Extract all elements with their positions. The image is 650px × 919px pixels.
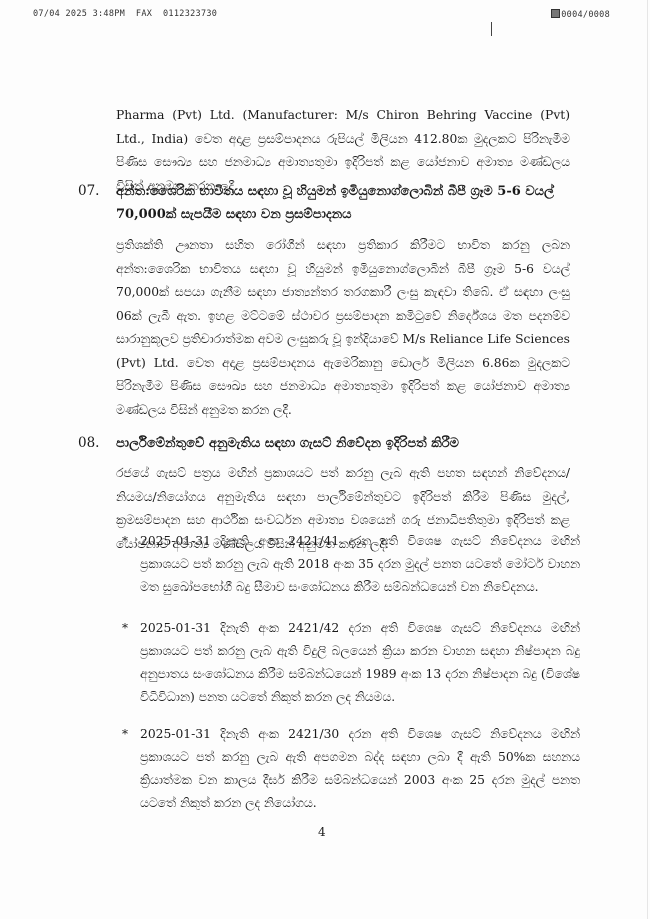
- list-item-text: 2025-01-31 දිනැති අංක 2421/42 දරන අති වි…: [140, 617, 580, 709]
- list-item-text: 2025-01-31 දිනැති අංක 2421/41 දරන අති වි…: [140, 530, 580, 599]
- list-item: * 2025-01-31 දිනැති අංක 2421/30 දරන අති …: [140, 723, 580, 815]
- fax-transmission-info: 07/04 2025 3:48PM FAX 0112323730: [33, 9, 217, 19]
- list-item: * 2025-01-31 දිනැති අංක 2421/41 දරන අති …: [140, 530, 580, 599]
- bullet-icon: *: [122, 723, 128, 746]
- scan-edge: [647, 0, 648, 919]
- section-title: පාර්ලිමේන්තුවේ අනුමැතිය සඳහා ගැසට් නිවේද…: [116, 432, 566, 455]
- page-number: 4: [318, 825, 326, 839]
- scan-mark: [491, 22, 492, 36]
- fax-header: 07/04 2025 3:48PM FAX 0112323730 0004/00…: [33, 9, 610, 23]
- section-07-body: ප්‍රතිශක්ති ඌනතා සහිත රෝගීන් සඳහා ප්‍රති…: [116, 234, 570, 422]
- section-number: 07.: [78, 180, 99, 203]
- fax-page-count: 0004/0008: [551, 9, 610, 20]
- bullet-icon: *: [122, 530, 128, 553]
- section-number: 08.: [78, 432, 99, 455]
- bullet-icon: *: [122, 617, 128, 640]
- fax-page-icon: [551, 9, 560, 18]
- section-title: අන්ත:ශෛරික භාවිතය සඳහා වූ හියුමන් ඉමියුන…: [116, 180, 566, 226]
- list-item-text: 2025-01-31 දිනැති අංක 2421/30 දරන අති වි…: [140, 723, 580, 815]
- list-item: * 2025-01-31 දිනැති අංක 2421/42 දරන අති …: [140, 617, 580, 709]
- fax-page-count-text: 0004/0008: [561, 10, 610, 20]
